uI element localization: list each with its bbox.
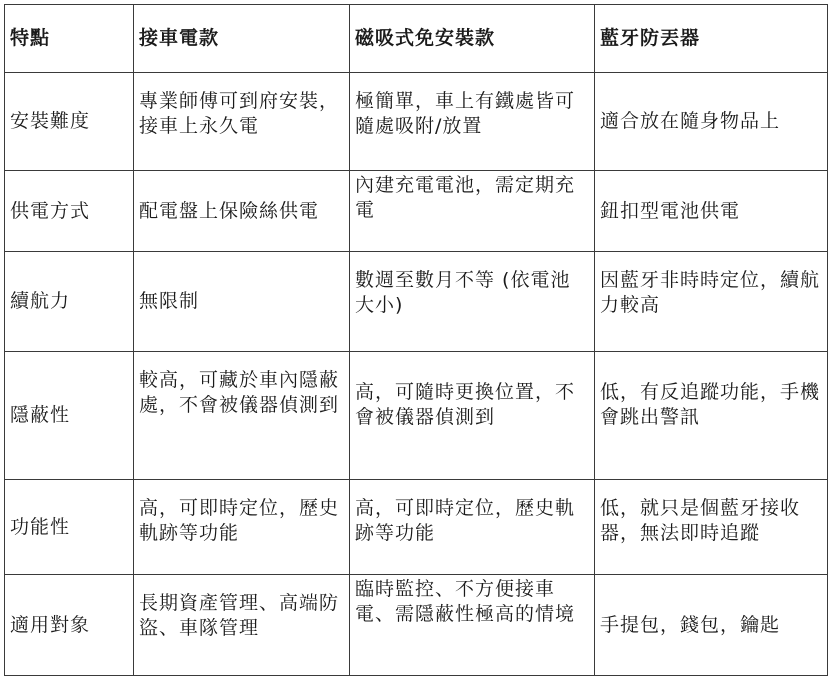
comparison-table: 特點 接車電款 磁吸式免安裝款 藍牙防丟器 安裝難度 專業師傅可到府安裝，接車上… <box>4 4 828 676</box>
row-label: 隱蔽性 <box>5 352 134 480</box>
cell-bluetooth: 低，就只是個藍牙接收器，無法即時追蹤 <box>595 480 828 575</box>
header-hardwired: 接車電款 <box>134 5 350 73</box>
table-row-battery-life: 續航力 無限制 數週至數月不等 (依電池大小) 因藍牙非時時定位，續航力較高 <box>5 252 828 352</box>
table-row-installation: 安裝難度 專業師傅可到府安裝，接車上永久電 極簡單，車上有鐵處皆可隨處吸附/放置… <box>5 73 828 171</box>
table-row-use-cases: 適用對象 長期資產管理、高端防盜、車隊管理 臨時監控、不方便接車電、需隱蔽性極高… <box>5 575 828 676</box>
cell-bluetooth: 因藍牙非時時定位，續航力較高 <box>595 252 828 352</box>
cell-bluetooth: 手提包，錢包，鑰匙 <box>595 575 828 676</box>
cell-hardwired: 較高，可藏於車內隱蔽處，不會被儀器偵測到 <box>134 352 350 480</box>
cell-hardwired: 配電盤上保險絲供電 <box>134 171 350 252</box>
row-label: 安裝難度 <box>5 73 134 171</box>
cell-bluetooth: 鈕扣型電池供電 <box>595 171 828 252</box>
header-feature: 特點 <box>5 5 134 73</box>
table-row-power: 供電方式 配電盤上保險絲供電 內建充電電池，需定期充電 鈕扣型電池供電 <box>5 171 828 252</box>
cell-hardwired: 長期資產管理、高端防盜、車隊管理 <box>134 575 350 676</box>
cell-bluetooth: 適合放在隨身物品上 <box>595 73 828 171</box>
row-label: 供電方式 <box>5 171 134 252</box>
row-label: 續航力 <box>5 252 134 352</box>
cell-hardwired: 無限制 <box>134 252 350 352</box>
table-header-row: 特點 接車電款 磁吸式免安裝款 藍牙防丟器 <box>5 5 828 73</box>
cell-magnetic: 高，可隨時更換位置，不會被儀器偵測到 <box>350 352 595 480</box>
row-label: 功能性 <box>5 480 134 575</box>
header-magnetic: 磁吸式免安裝款 <box>350 5 595 73</box>
cell-magnetic: 臨時監控、不方便接車電、需隱蔽性極高的情境 <box>350 575 595 676</box>
table-row-concealment: 隱蔽性 較高，可藏於車內隱蔽處，不會被儀器偵測到 高，可隨時更換位置，不會被儀器… <box>5 352 828 480</box>
cell-hardwired: 專業師傅可到府安裝，接車上永久電 <box>134 73 350 171</box>
header-bluetooth: 藍牙防丟器 <box>595 5 828 73</box>
cell-magnetic: 數週至數月不等 (依電池大小) <box>350 252 595 352</box>
cell-bluetooth: 低，有反追蹤功能，手機會跳出警訊 <box>595 352 828 480</box>
table-row-functionality: 功能性 高，可即時定位，歷史軌跡等功能 高，可即時定位，歷史軌跡等功能 低，就只… <box>5 480 828 575</box>
cell-magnetic: 高，可即時定位，歷史軌跡等功能 <box>350 480 595 575</box>
row-label: 適用對象 <box>5 575 134 676</box>
cell-magnetic: 內建充電電池，需定期充電 <box>350 171 595 252</box>
cell-magnetic: 極簡單，車上有鐵處皆可隨處吸附/放置 <box>350 73 595 171</box>
cell-hardwired: 高，可即時定位，歷史軌跡等功能 <box>134 480 350 575</box>
